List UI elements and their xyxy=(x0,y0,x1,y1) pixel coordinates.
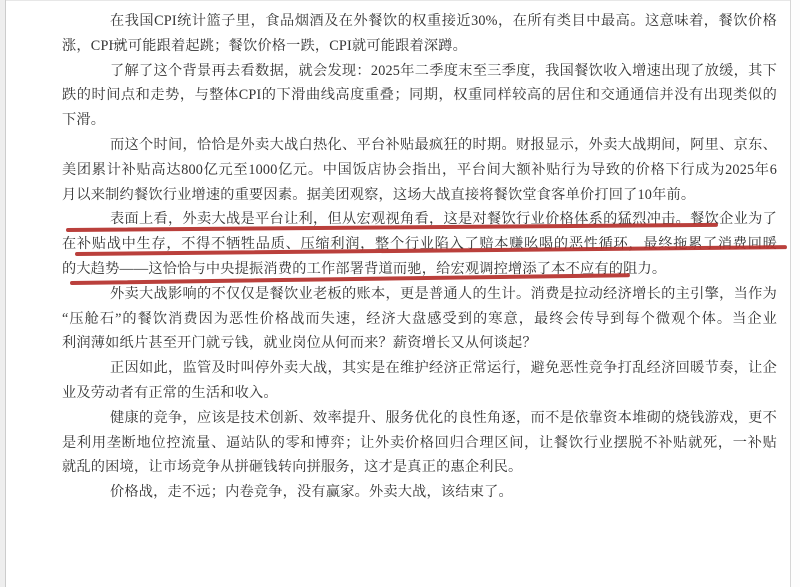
text-line: 月以来制约餐饮行业增速的重要因素。据美团观察，这场大战直接将餐饮堂食客单价打回了… xyxy=(62,183,777,208)
page-left-margin xyxy=(0,0,6,587)
text-line: 外卖大战影响的不仅仅是餐饮业老板的账本，更是普通人的生计。消费是拉动经济增长的主… xyxy=(62,282,777,307)
text-line: 美团累计补贴高达800亿元至1000亿元。中国饭店协会指出，平台间大额补贴行为导… xyxy=(62,158,777,183)
text-line: 利润薄如纸片甚至开门就亏钱，就业岗位从何而来？薪资增长又从何谈起？ xyxy=(62,331,777,356)
text-line: 价格战，走不远；内卷竞争，没有赢家。外卖大战，该结束了。 xyxy=(62,480,777,505)
text-line: 下滑。 xyxy=(62,108,777,133)
page-top-border xyxy=(0,0,800,1)
annotated-text-line: 在补贴战中生存，不得不牺牲品质、压缩利润，整个行业陷入了赔本赚吆喝的恶性循环，最… xyxy=(62,232,777,257)
text-line: 业及劳动者有正常的生活和收入。 xyxy=(62,381,777,406)
document-page: 在我国CPI统计篮子里，食品烟酒及在外餐饮的权重接近30%，在所有类目中最高。这… xyxy=(0,0,800,587)
text-line: 是利用垄断地位控流量、逼站队的零和博弈；让外卖价格回归合理区间，让餐饮行业摆脱不… xyxy=(62,431,777,456)
text-line: 在我国CPI统计篮子里，食品烟酒及在外餐饮的权重接近30%，在所有类目中最高。这… xyxy=(62,9,777,34)
text-line: 了解了这个背景再去看数据，就会发现：2025年二季度末至三季度，我国餐饮收入增速… xyxy=(62,59,777,84)
text-line: 而这个时间，恰恰是外卖大战白热化、平台补贴最疯狂的时期。财报显示，外卖大战期间，… xyxy=(62,133,777,158)
text-line: 涨，CPI就可能跟着起跳；餐饮价格一跌，CPI就可能跟着深蹲。 xyxy=(62,34,777,59)
annotated-text-line: 的大趋势——这恰恰与中央提振消费的工作部署背道而驰，给宏观调控增添了本不应有的阻… xyxy=(62,257,777,282)
article-body: 在我国CPI统计篮子里，食品烟酒及在外餐饮的权重接近30%，在所有类目中最高。这… xyxy=(62,9,777,505)
text-line: 跌的时间点和走势，与整体CPI的下滑曲线高度重叠；同期，权重同样较高的居住和交通… xyxy=(62,83,777,108)
annotated-text-line: 表面上看，外卖大战是平台让利，但从宏观视角看，这是对餐饮行业价格体系的猛烈冲击。… xyxy=(62,207,777,232)
text-line: 就乱的困境，让市场竞争从拼砸钱转向拼服务，这才是真正的惠企利民。 xyxy=(62,455,777,480)
text-line: 健康的竞争，应该是技术创新、效率提升、服务优化的良性角逐，而不是依靠资本堆砌的烧… xyxy=(62,406,777,431)
text-line: “压舱石”的餐饮消费因为恶性价格战而失速，经济大盘感受到的寒意，最终会传导到每个… xyxy=(62,307,777,332)
page-right-margin xyxy=(790,0,800,587)
text-line: 正因如此，监管及时叫停外卖大战，其实是在维护经济正常运行，避免恶性竞争打乱经济回… xyxy=(62,356,777,381)
